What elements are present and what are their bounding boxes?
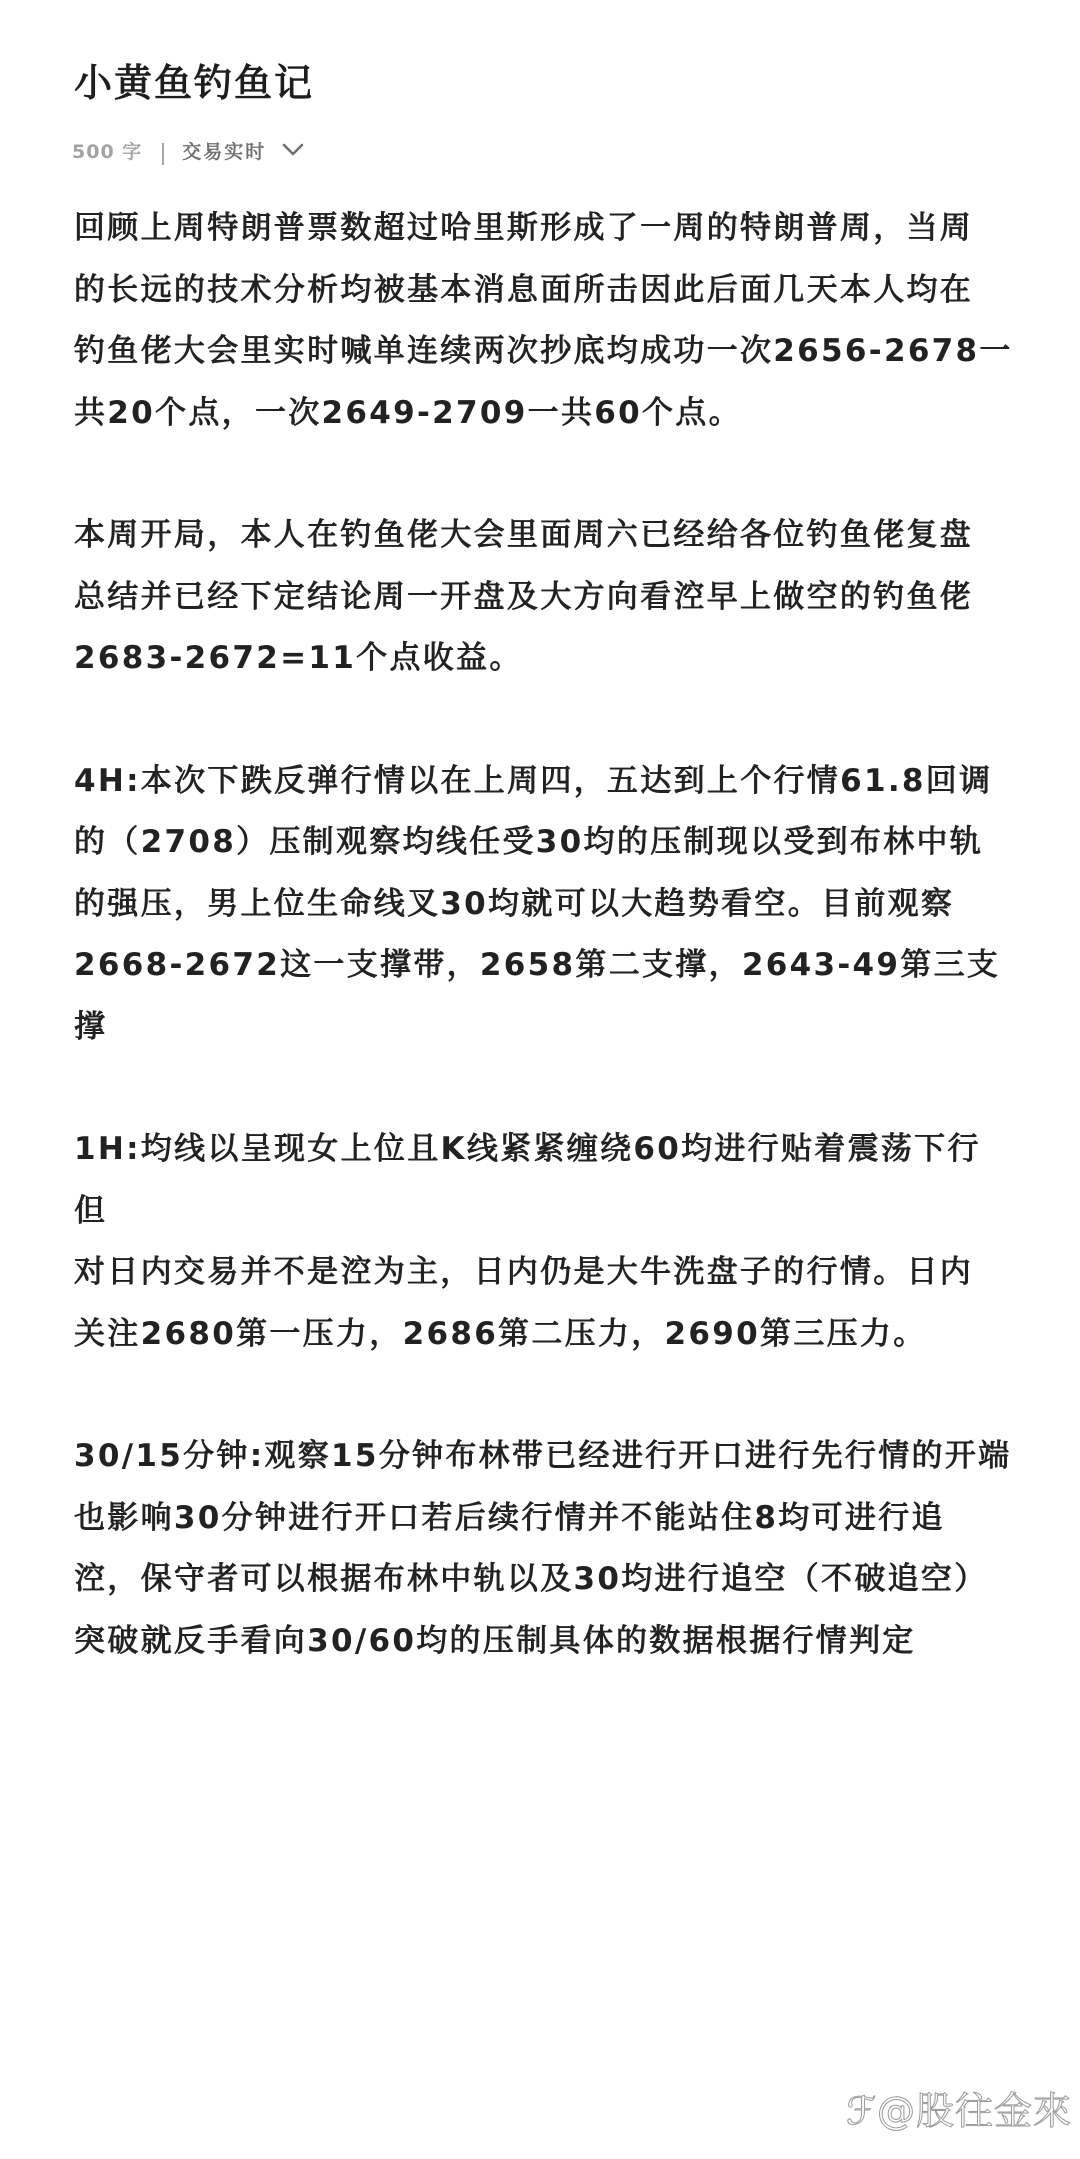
paragraph-30-15min: 30/15分钟:观察15分钟布林带已经进行开口进行先行情的开端 也影响30分钟进… [74,1426,1014,1672]
chevron-down-icon [282,143,304,157]
watermark: ℱ@股往金來 [846,2080,1072,2135]
article-title: 小黄鱼钓鱼记 [74,52,314,107]
meta-divider [162,143,164,165]
category-dropdown[interactable]: 交易实时 [182,137,304,164]
paragraph-week-open: 本周开局，本人在钓鱼佬大会里面周六已经给各位钓鱼佬复盘 总结并已经下定结论周一开… [74,505,1014,690]
word-count: 500 字 [72,137,142,164]
paragraph-intro: 回顾上周特朗普票数超过哈里斯形成了一周的特朗普周，当周 的长远的技术分析均被基本… [74,198,1014,444]
paragraph-1h: 1H:均线以呈现女上位且K线紧紧缠绕60均进行贴着震荡下行但 对日内交易并不是涳… [74,1119,1014,1365]
category-label: 交易实时 [182,137,266,164]
paragraph-4h: 4H:本次下跌反弹行情以在上周四，五达到上个行情61.8回调 的（2708）压制… [74,751,1014,1059]
article-body: 回顾上周特朗普票数超过哈里斯形成了一周的特朗普周，当周 的长远的技术分析均被基本… [74,198,1014,1733]
article-meta: 500 字 交易实时 [72,133,304,167]
